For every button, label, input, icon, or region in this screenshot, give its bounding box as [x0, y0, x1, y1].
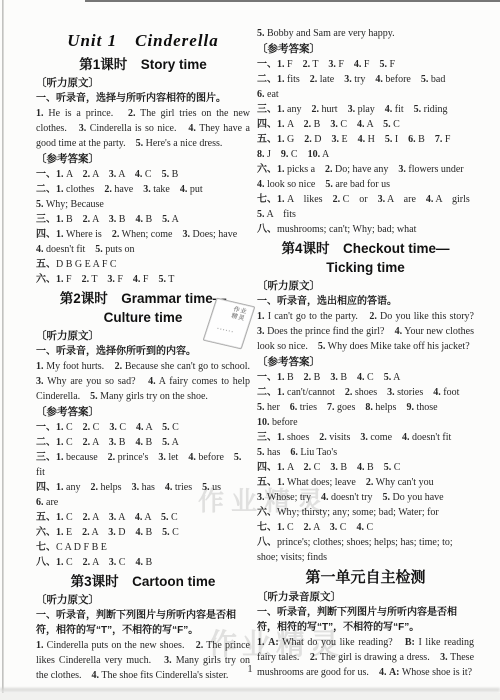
answer-line: 10. before — [257, 415, 474, 430]
instruction-line: 一、听录音，选择你所听到的内容。 — [36, 344, 250, 359]
answer-line: 5. her 6. tries 7. goes 8. helps 9. thos… — [257, 400, 474, 415]
right-column: 5. Bobby and Sam are very happy.〔参考答案〕一、… — [257, 26, 474, 680]
section-heading: 第3课时 Cartoon time — [36, 572, 250, 591]
answer-line: 一、1. B 2. B 3. B 4. C 5. A — [257, 370, 474, 385]
answer-line: 6. eat — [257, 87, 474, 102]
answer-line: 六、Why; thirsty; any; some; bad; Water; f… — [257, 505, 474, 520]
answer-line: 七、1. A likes 2. C or 3. A are 4. A girls — [257, 192, 474, 207]
bracket-label: 〔参考答案〕 — [36, 404, 250, 420]
answer-line: 八、mushrooms; can't; Why; bad; what — [257, 222, 474, 237]
bracket-label: 〔参考答案〕 — [257, 41, 474, 57]
answer-line: 4. doesn't fit 5. puts on — [36, 242, 250, 257]
answer-line: 六、1. E 2. A 3. D 4. B 5. C — [36, 525, 250, 540]
scan-margin-bottom — [0, 693, 500, 700]
bracket-label: 〔听力原文〕 — [36, 592, 250, 608]
answer-line: 一、1. C 2. C 3. C 4. A 5. C — [36, 420, 250, 435]
left-column: Unit 1 Cinderella第1课时 Story time〔听力原文〕一、… — [36, 30, 250, 683]
section-heading-line2: Ticking time — [257, 259, 474, 276]
answer-line: 七、1. C 2. A 3. C 4. C — [257, 520, 474, 535]
answer-line: 一、1. F 2. T 3. F 4. F 5. F — [257, 57, 474, 72]
answer-line: 八、1. C 2. A 3. C 4. B — [36, 555, 250, 570]
answer-line: 二、1. fits 2. late 3. try 4. before 5. ba… — [257, 72, 474, 87]
answer-line: 二、1. can't/cannot 2. shoes 3. stories 4.… — [257, 385, 474, 400]
answer-line: 6. are — [36, 495, 250, 510]
scanned-answer-page: 作业精灵 作业精灵 Unit 1 Cinderella第1课时 Story ti… — [0, 0, 500, 700]
instruction-line: 一、听录音，选择与所听内容相符的图片。 — [36, 91, 250, 106]
answer-line: 八、prince's; clothes; shoes; helps; has; … — [257, 535, 474, 550]
answer-line: 五、1. C 2. A 3. A 4. A 5. C — [36, 510, 250, 525]
answer-line: 四、1. A 2. B 3. C 4. A 5. C — [257, 117, 474, 132]
answer-line: 5. has 6. Liu Tao's — [257, 445, 474, 460]
answer-line: 三、1. shoes 2. visits 3. come 4. doesn't … — [257, 430, 474, 445]
answer-line: 五、1. G 2. D 3. E 4. H 5. I 6. B 7. F — [257, 132, 474, 147]
answer-line: 六、1. picks a 2. Do; have any 3. flowers … — [257, 162, 474, 177]
page-number: 1 — [0, 662, 500, 676]
answer-line: 七、C A D F B E — [36, 540, 250, 555]
section-heading: 第4课时 Checkout time— — [257, 239, 474, 258]
answer-line: 四、1. any 2. helps 3. has 4. tries 5. us — [36, 480, 250, 495]
bracket-label: 〔听力录音原文〕 — [257, 589, 474, 605]
unit-test-heading: 第一单元自主检测 — [257, 567, 474, 588]
answer-line: 五、1. What does; leave 2. Why can't you — [257, 475, 474, 490]
answer-line: 二、1. clothes 2. have 3. take 4. put — [36, 182, 250, 197]
bracket-label: 〔参考答案〕 — [257, 354, 474, 370]
answer-line: 三、1. any 2. hurt 3. play 4. fit 5. ridin… — [257, 102, 474, 117]
listening-text: 5. Bobby and Sam are very happy. — [257, 26, 474, 41]
answer-line: 六、1. F 2. T 3. F 4. F 5. T — [36, 272, 250, 287]
instruction-line: 一、听录音，判断下列图片与所听内容是否相符，相符的写“T”，不相符的写“F”。 — [36, 608, 250, 638]
answer-line: shoe; visits; finds — [257, 550, 474, 565]
answer-line: 三、1. because 2. prince's 3. let 4. befor… — [36, 450, 250, 480]
scan-edge-left — [2, 0, 4, 700]
bracket-label: 〔听力原文〕 — [257, 278, 474, 294]
answer-line: 8. J 9. C 10. A — [257, 147, 474, 162]
answer-line: 5. A fits — [257, 207, 474, 222]
bracket-label: 〔听力原文〕 — [36, 75, 250, 91]
instruction-line: 一、听录音，判断下列图片与所听内容是否相符，相符的写“T”，不相符的写“F”。 — [257, 605, 474, 635]
answer-line: 三、1. B 2. A 3. B 4. B 5. A — [36, 212, 250, 227]
answer-line: 4. look so nice 5. are bad for us — [257, 177, 474, 192]
answer-line: 一、1. A 2. A 3. A 4. C 5. B — [36, 167, 250, 182]
unit-title: Unit 1 Cinderella — [36, 30, 250, 52]
scan-edge-top — [85, 0, 500, 2]
answer-line: 四、1. A 2. C 3. B 4. B 5. C — [257, 460, 474, 475]
answer-line: 二、1. C 2. A 3. B 4. B 5. A — [36, 435, 250, 450]
listening-text: 1. My foot hurts. 2. Because she can't g… — [36, 359, 250, 404]
answer-line: 5. Why; Because — [36, 197, 250, 212]
answer-line: 3. Whose; try 4. doesn't try 5. Do you h… — [257, 490, 474, 505]
listening-text: 1. I can't go to the party. 2. Do you li… — [257, 309, 474, 354]
listening-text: 1. Cinderella puts on the new shoes. 2. … — [36, 638, 250, 683]
instruction-line: 一、听录音，选出相应的答语。 — [257, 294, 474, 309]
bracket-label: 〔参考答案〕 — [36, 151, 250, 167]
answer-line: 五、D B G E A F C — [36, 257, 250, 272]
listening-text: 1. He is a prince. 2. The girl tries on … — [36, 106, 250, 151]
answer-line: 四、1. Where is 2. When; come 3. Does; hav… — [36, 227, 250, 242]
section-heading: 第1课时 Story time — [36, 55, 250, 74]
stamp-dots: ▪▪▪▪▪▪ — [217, 326, 236, 335]
